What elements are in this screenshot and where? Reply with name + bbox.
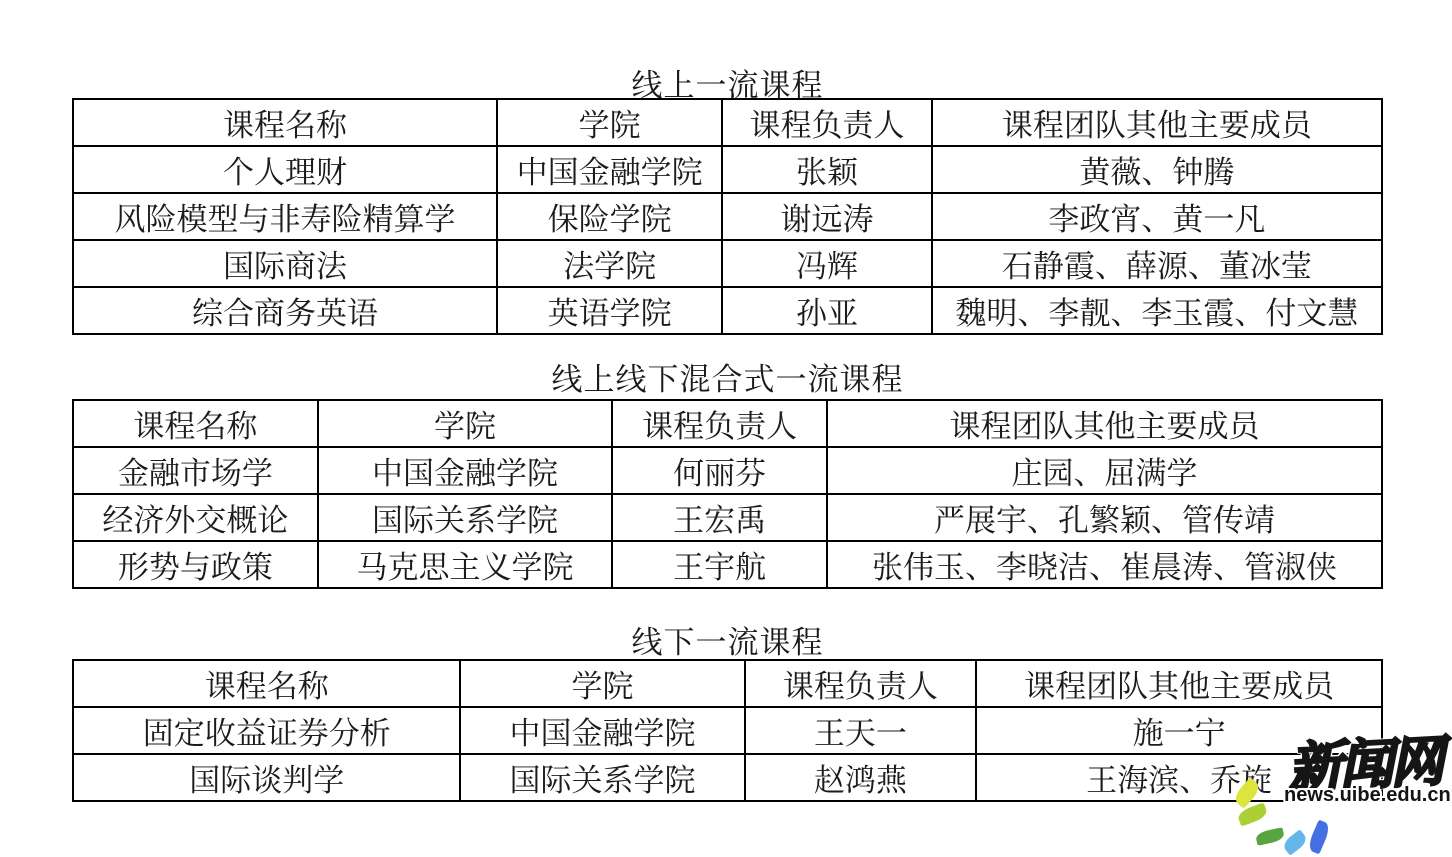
table-cell: 王宇航 xyxy=(612,541,827,588)
column-header: 课程负责人 xyxy=(745,660,977,707)
table-cell: 风险模型与非寿险精算学 xyxy=(73,193,497,240)
blended-courses-title: 线上线下混合式一流课程 xyxy=(72,354,1383,399)
table-row: 金融市场学中国金融学院何丽芬庄园、屈满学 xyxy=(73,447,1382,494)
table-row: 国际商法法学院冯辉石静霞、薛源、董冰莹 xyxy=(73,240,1382,287)
column-header: 学院 xyxy=(497,99,722,146)
leaf-icon-4 xyxy=(1281,829,1309,856)
table-cell: 国际谈判学 xyxy=(73,754,460,801)
table-cell: 石静霞、薛源、董冰莹 xyxy=(932,240,1382,287)
table-cell: 保险学院 xyxy=(497,193,722,240)
column-header: 课程名称 xyxy=(73,400,318,447)
column-header: 课程名称 xyxy=(73,99,497,146)
column-header: 学院 xyxy=(460,660,744,707)
table-cell: 中国金融学院 xyxy=(497,146,722,193)
online-courses-table: 课程名称学院课程负责人课程团队其他主要成员个人理财中国金融学院张颖黄薇、钟腾风险… xyxy=(72,98,1383,335)
table-row: 固定收益证券分析中国金融学院王天一施一宁 xyxy=(73,707,1382,754)
table-cell: 马克思主义学院 xyxy=(318,541,613,588)
column-header: 课程名称 xyxy=(73,660,460,707)
table-row: 个人理财中国金融学院张颖黄薇、钟腾 xyxy=(73,146,1382,193)
table-row: 经济外交概论国际关系学院王宏禹严展宇、孔繁颖、管传靖 xyxy=(73,494,1382,541)
table-cell: 中国金融学院 xyxy=(460,707,744,754)
header-row: 课程名称学院课程负责人课程团队其他主要成员 xyxy=(73,400,1382,447)
table-cell: 中国金融学院 xyxy=(318,447,613,494)
table-cell: 固定收益证券分析 xyxy=(73,707,460,754)
table-cell: 国际关系学院 xyxy=(460,754,744,801)
table-row: 形势与政策马克思主义学院王宇航张伟玉、李晓洁、崔晨涛、管淑侠 xyxy=(73,541,1382,588)
table-cell: 李政宵、黄一凡 xyxy=(932,193,1382,240)
table-cell: 形势与政策 xyxy=(73,541,318,588)
column-header: 课程团队其他主要成员 xyxy=(932,99,1382,146)
blended-courses-table: 课程名称学院课程负责人课程团队其他主要成员金融市场学中国金融学院何丽芬庄园、屈满… xyxy=(72,399,1383,589)
table-row: 综合商务英语英语学院孙亚魏明、李靓、李玉霞、付文慧 xyxy=(73,287,1382,334)
table-cell: 张伟玉、李晓洁、崔晨涛、管淑侠 xyxy=(827,541,1382,588)
column-header: 课程负责人 xyxy=(722,99,931,146)
table-cell: 魏明、李靓、李玉霞、付文慧 xyxy=(932,287,1382,334)
table-cell: 何丽芬 xyxy=(612,447,827,494)
table-row: 风险模型与非寿险精算学保险学院谢远涛李政宵、黄一凡 xyxy=(73,193,1382,240)
page: 线上一流课程 课程名称学院课程负责人课程团队其他主要成员个人理财中国金融学院张颖… xyxy=(0,0,1452,857)
table-cell: 国际关系学院 xyxy=(318,494,613,541)
table-cell: 冯辉 xyxy=(722,240,931,287)
offline-courses-title: 线下一流课程 xyxy=(72,617,1383,662)
table-cell: 综合商务英语 xyxy=(73,287,497,334)
offline-courses-table: 课程名称学院课程负责人课程团队其他主要成员固定收益证券分析中国金融学院王天一施一… xyxy=(72,659,1383,802)
table-cell: 国际商法 xyxy=(73,240,497,287)
table-cell: 英语学院 xyxy=(497,287,722,334)
table-cell: 赵鸿燕 xyxy=(745,754,977,801)
header-row: 课程名称学院课程负责人课程团队其他主要成员 xyxy=(73,660,1382,707)
table-cell: 经济外交概论 xyxy=(73,494,318,541)
header-row: 课程名称学院课程负责人课程团队其他主要成员 xyxy=(73,99,1382,146)
table-cell: 严展宇、孔繁颖、管传靖 xyxy=(827,494,1382,541)
column-header: 课程负责人 xyxy=(612,400,827,447)
table-cell: 孙亚 xyxy=(722,287,931,334)
table-cell: 王宏禹 xyxy=(612,494,827,541)
table-cell: 王天一 xyxy=(745,707,977,754)
table-cell: 谢远涛 xyxy=(722,193,931,240)
column-header: 学院 xyxy=(318,400,613,447)
table-cell: 金融市场学 xyxy=(73,447,318,494)
column-header: 课程团队其他主要成员 xyxy=(827,400,1382,447)
table-cell: 黄薇、钟腾 xyxy=(932,146,1382,193)
leaf-icon-5 xyxy=(1306,820,1331,855)
table-cell: 庄园、屈满学 xyxy=(827,447,1382,494)
table-cell: 个人理财 xyxy=(73,146,497,193)
table-row: 国际谈判学国际关系学院赵鸿燕王海滨、乔旋 xyxy=(73,754,1382,801)
leaf-icon-3 xyxy=(1255,827,1285,846)
table-cell: 法学院 xyxy=(497,240,722,287)
table-cell: 张颖 xyxy=(722,146,931,193)
column-header: 课程团队其他主要成员 xyxy=(976,660,1382,707)
news-site-watermark-url: news.uibe.edu.cn xyxy=(1284,784,1451,807)
